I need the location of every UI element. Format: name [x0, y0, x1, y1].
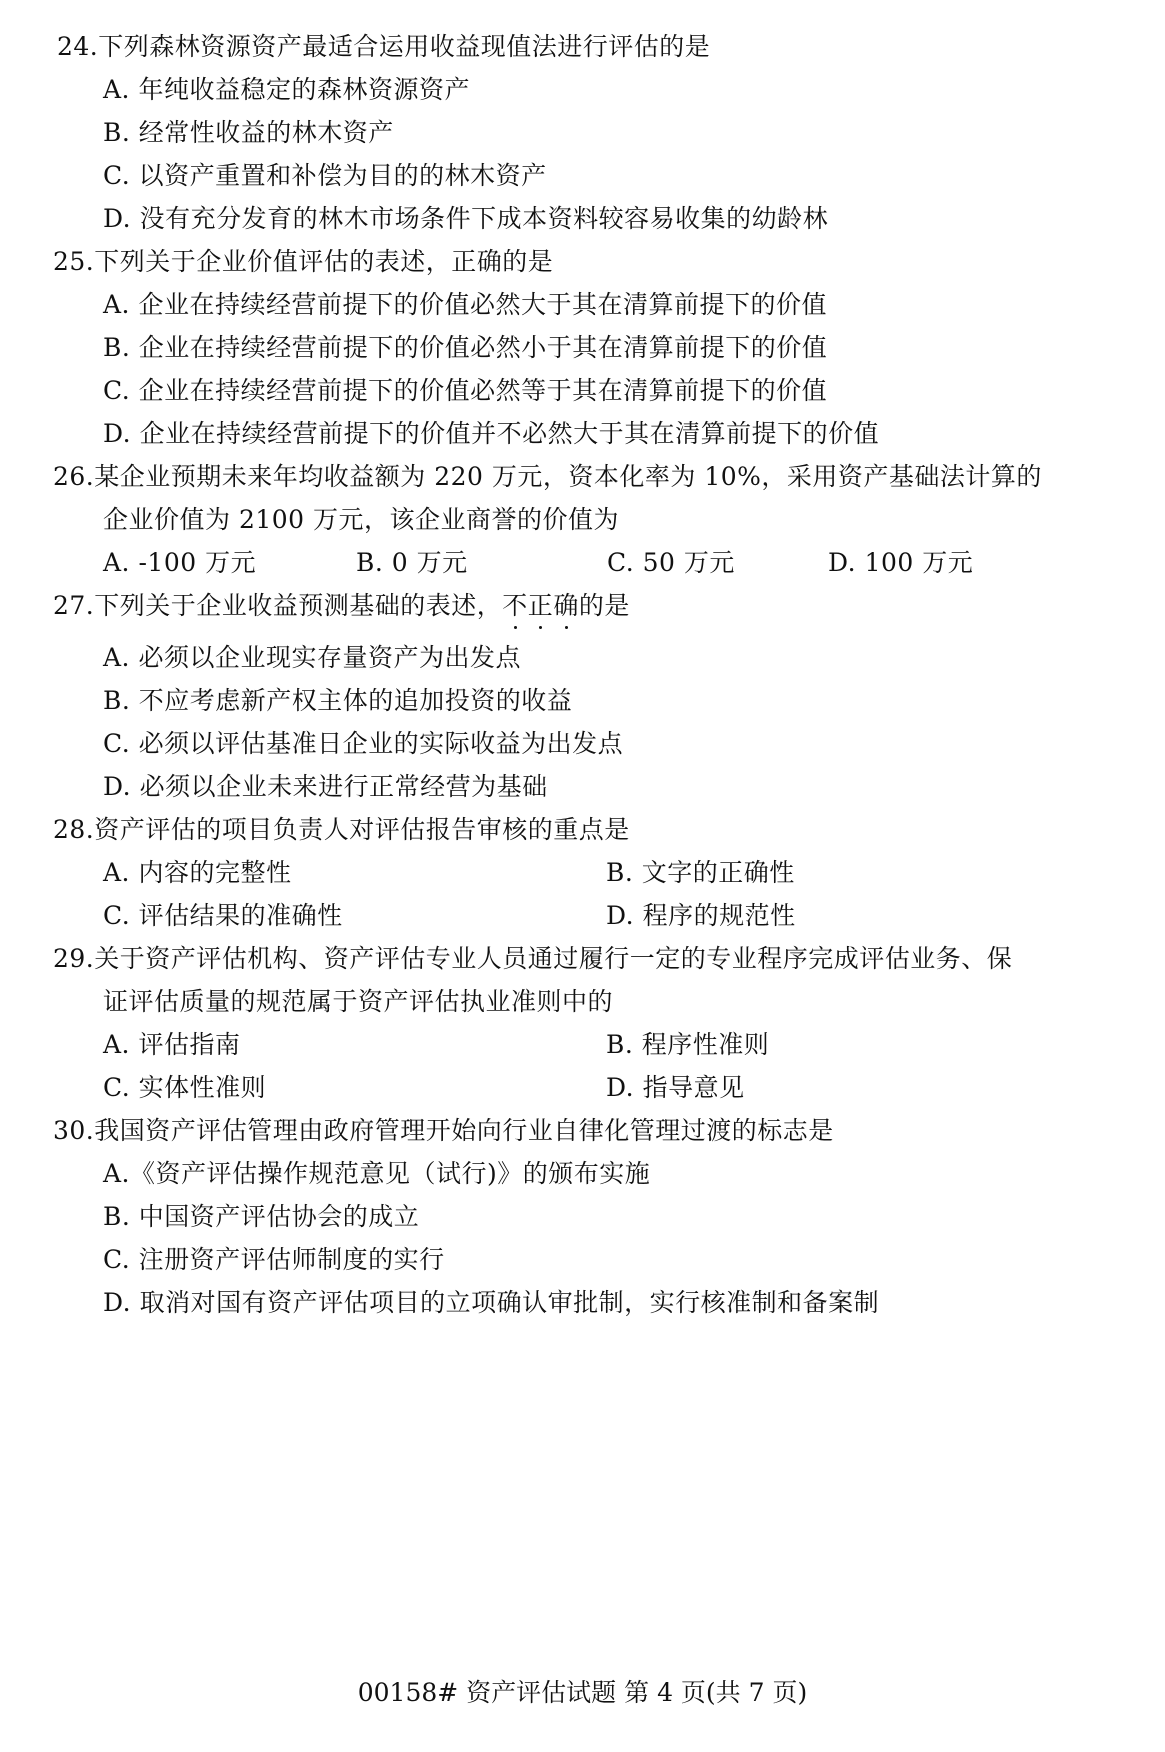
question-30-option-d: D. 取消对国有资产评估项目的立项确认审批制，实行核准制和备案制 — [103, 1288, 879, 1318]
option-text: 必须以评估基准日企业的实际收益为出发点 — [139, 729, 624, 758]
question-26-option-c: C. 50 万元 — [607, 548, 735, 578]
question-text: 下列关于企业价值评估的表述，正确的是 — [94, 247, 553, 276]
question-30-stem: 30.我国资产评估管理由政府管理开始向行业自律化管理过渡的标志是 — [53, 1116, 834, 1146]
option-letter: A. — [103, 858, 130, 887]
option-text: 年纯收益稳定的森林资源资产 — [138, 75, 470, 104]
option-letter: A. — [103, 1159, 130, 1188]
option-text: 100 万元 — [865, 548, 974, 577]
question-number: 29. — [53, 944, 94, 974]
option-text: 企业在持续经营前提下的价值必然大于其在清算前提下的价值 — [138, 290, 827, 319]
question-30-option-c: C. 注册资产评估师制度的实行 — [103, 1245, 445, 1275]
question-29-option-a: A. 评估指南 — [103, 1030, 240, 1060]
option-text: 没有充分发育的林木市场条件下成本资料较容易收集的幼龄林 — [140, 204, 829, 233]
question-number: 28. — [53, 815, 94, 845]
option-letter: A. — [103, 1030, 130, 1059]
question-27-option-c: C. 必须以评估基准日企业的实际收益为出发点 — [103, 729, 623, 759]
option-letter: A. — [103, 548, 130, 577]
option-letter: B. — [103, 333, 130, 362]
question-29-stem-cont: 证评估质量的规范属于资产评估执业准则中的 — [103, 987, 613, 1017]
option-text: 文字的正确性 — [642, 858, 795, 887]
emphasis-char: 正 — [528, 591, 554, 621]
question-number: 26. — [53, 462, 94, 492]
question-27-option-b: B. 不应考虑新产权主体的追加投资的收益 — [103, 686, 572, 716]
question-text: 的是 — [579, 591, 630, 620]
question-25-stem: 25.下列关于企业价值评估的表述，正确的是 — [53, 247, 553, 277]
option-letter: D. — [606, 1073, 634, 1102]
option-letter: A. — [103, 75, 130, 104]
option-letter: D. — [103, 419, 131, 448]
option-letter: D. — [103, 1288, 131, 1317]
emphasis-char: 不 — [502, 591, 528, 621]
option-text: 50 万元 — [643, 548, 735, 577]
question-29-option-b: B. 程序性准则 — [606, 1030, 769, 1060]
option-text: 经常性收益的林木资产 — [139, 118, 394, 147]
question-number: 27. — [53, 591, 94, 621]
option-letter: B. — [103, 1202, 130, 1231]
question-28-option-a: A. 内容的完整性 — [103, 858, 291, 888]
option-letter: C. — [103, 1073, 130, 1102]
question-27-option-a: A. 必须以企业现实存量资产为出发点 — [103, 643, 521, 673]
option-text: 取消对国有资产评估项目的立项确认审批制，实行核准制和备案制 — [140, 1288, 880, 1317]
question-29-option-d: D. 指导意见 — [606, 1073, 745, 1103]
question-text: 企业价值为 2100 万元，该企业商誉的价值为 — [103, 505, 619, 534]
option-letter: A. — [103, 643, 130, 672]
question-text: 我国资产评估管理由政府管理开始向行业自律化管理过渡的标志是 — [94, 1116, 834, 1145]
question-28-stem: 28.资产评估的项目负责人对评估报告审核的重点是 — [53, 815, 630, 845]
question-26-option-b: B. 0 万元 — [356, 548, 468, 578]
question-28-option-c: C. 评估结果的准确性 — [103, 901, 343, 931]
option-letter: C. — [103, 729, 130, 758]
question-28-option-b: B. 文字的正确性 — [606, 858, 795, 888]
question-text: 关于资产评估机构、资产评估专业人员通过履行一定的专业程序完成评估业务、保 — [94, 944, 1012, 973]
option-letter: D. — [828, 548, 856, 577]
option-text: -100 万元 — [138, 548, 256, 577]
question-25-option-d: D. 企业在持续经营前提下的价值并不必然大于其在清算前提下的价值 — [103, 419, 879, 449]
option-letter: B. — [103, 118, 130, 147]
question-28-option-d: D. 程序的规范性 — [606, 901, 796, 931]
emphasis-char: 确 — [553, 591, 579, 621]
question-29-stem: 29.关于资产评估机构、资产评估专业人员通过履行一定的专业程序完成评估业务、保 — [53, 944, 1012, 974]
question-26-option-a: A. -100 万元 — [103, 548, 256, 578]
question-29-option-c: C. 实体性准则 — [103, 1073, 266, 1103]
option-letter: B. — [606, 1030, 633, 1059]
option-letter: C. — [103, 376, 130, 405]
option-text: 评估结果的准确性 — [139, 901, 343, 930]
option-letter: C. — [607, 548, 634, 577]
question-text: 下列森林资源资产最适合运用收益现值法进行评估的是 — [98, 32, 710, 61]
option-text: 必须以企业现实存量资产为出发点 — [138, 643, 521, 672]
question-number: 24. — [57, 32, 98, 62]
question-25-option-c: C. 企业在持续经营前提下的价值必然等于其在清算前提下的价值 — [103, 376, 827, 406]
question-26-stem-cont: 企业价值为 2100 万元，该企业商誉的价值为 — [103, 505, 619, 535]
option-text: 企业在持续经营前提下的价值必然等于其在清算前提下的价值 — [139, 376, 828, 405]
exam-page: 24.下列森林资源资产最适合运用收益现值法进行评估的是 A. 年纯收益稳定的森林… — [0, 0, 1165, 1752]
question-24-option-d: D. 没有充分发育的林木市场条件下成本资料较容易收集的幼龄林 — [103, 204, 828, 234]
option-letter: C. — [103, 161, 130, 190]
option-letter: D. — [606, 901, 634, 930]
option-letter: D. — [103, 204, 131, 233]
option-letter: B. — [103, 686, 130, 715]
option-text: 注册资产评估师制度的实行 — [139, 1245, 445, 1274]
question-text: 证评估质量的规范属于资产评估执业准则中的 — [103, 987, 613, 1016]
option-text: 评估指南 — [138, 1030, 240, 1059]
option-text: 《资产评估操作规范意见（试行)》的颁布实施 — [130, 1159, 650, 1188]
option-letter: C. — [103, 901, 130, 930]
question-26-option-d: D. 100 万元 — [828, 548, 973, 578]
question-text: 资产评估的项目负责人对评估报告审核的重点是 — [94, 815, 630, 844]
question-number: 25. — [53, 247, 94, 277]
question-text: 下列关于企业收益预测基础的表述， — [94, 591, 502, 620]
question-24-option-c: C. 以资产重置和补偿为目的的林木资产 — [103, 161, 547, 191]
question-27-option-d: D. 必须以企业未来进行正常经营为基础 — [103, 772, 548, 802]
question-25-option-a: A. 企业在持续经营前提下的价值必然大于其在清算前提下的价值 — [103, 290, 827, 320]
question-30-option-a: A.《资产评估操作规范意见（试行)》的颁布实施 — [103, 1159, 650, 1189]
option-letter: A. — [103, 290, 130, 319]
option-letter: D. — [103, 772, 131, 801]
question-text: 某企业预期未来年均收益额为 220 万元，资本化率为 10%，采用资产基础法计算… — [94, 462, 1042, 491]
option-text: 必须以企业未来进行正常经营为基础 — [140, 772, 548, 801]
question-24-option-b: B. 经常性收益的林木资产 — [103, 118, 394, 148]
option-letter: B. — [356, 548, 383, 577]
question-24-option-a: A. 年纯收益稳定的森林资源资产 — [103, 75, 470, 105]
option-text: 0 万元 — [392, 548, 468, 577]
option-text: 企业在持续经营前提下的价值必然小于其在清算前提下的价值 — [139, 333, 828, 362]
option-text: 内容的完整性 — [138, 858, 291, 887]
option-text: 中国资产评估协会的成立 — [139, 1202, 420, 1231]
option-text: 企业在持续经营前提下的价值并不必然大于其在清算前提下的价值 — [140, 419, 880, 448]
option-letter: B. — [606, 858, 633, 887]
question-30-option-b: B. 中国资产评估协会的成立 — [103, 1202, 419, 1232]
question-27-stem: 27.下列关于企业收益预测基础的表述，不正确的是 — [53, 591, 630, 621]
question-25-option-b: B. 企业在持续经营前提下的价值必然小于其在清算前提下的价值 — [103, 333, 827, 363]
option-text: 以资产重置和补偿为目的的林木资产 — [139, 161, 547, 190]
page-footer: 00158# 资产评估试题 第 4 页(共 7 页) — [0, 1678, 1165, 1708]
option-text: 指导意见 — [643, 1073, 745, 1102]
option-text: 程序性准则 — [642, 1030, 770, 1059]
question-24-stem: 24.下列森林资源资产最适合运用收益现值法进行评估的是 — [57, 32, 710, 62]
question-number: 30. — [53, 1116, 94, 1146]
option-letter: C. — [103, 1245, 130, 1274]
option-text: 程序的规范性 — [643, 901, 796, 930]
question-26-stem: 26.某企业预期未来年均收益额为 220 万元，资本化率为 10%，采用资产基础… — [53, 462, 1042, 492]
option-text: 不应考虑新产权主体的追加投资的收益 — [139, 686, 573, 715]
option-text: 实体性准则 — [139, 1073, 267, 1102]
